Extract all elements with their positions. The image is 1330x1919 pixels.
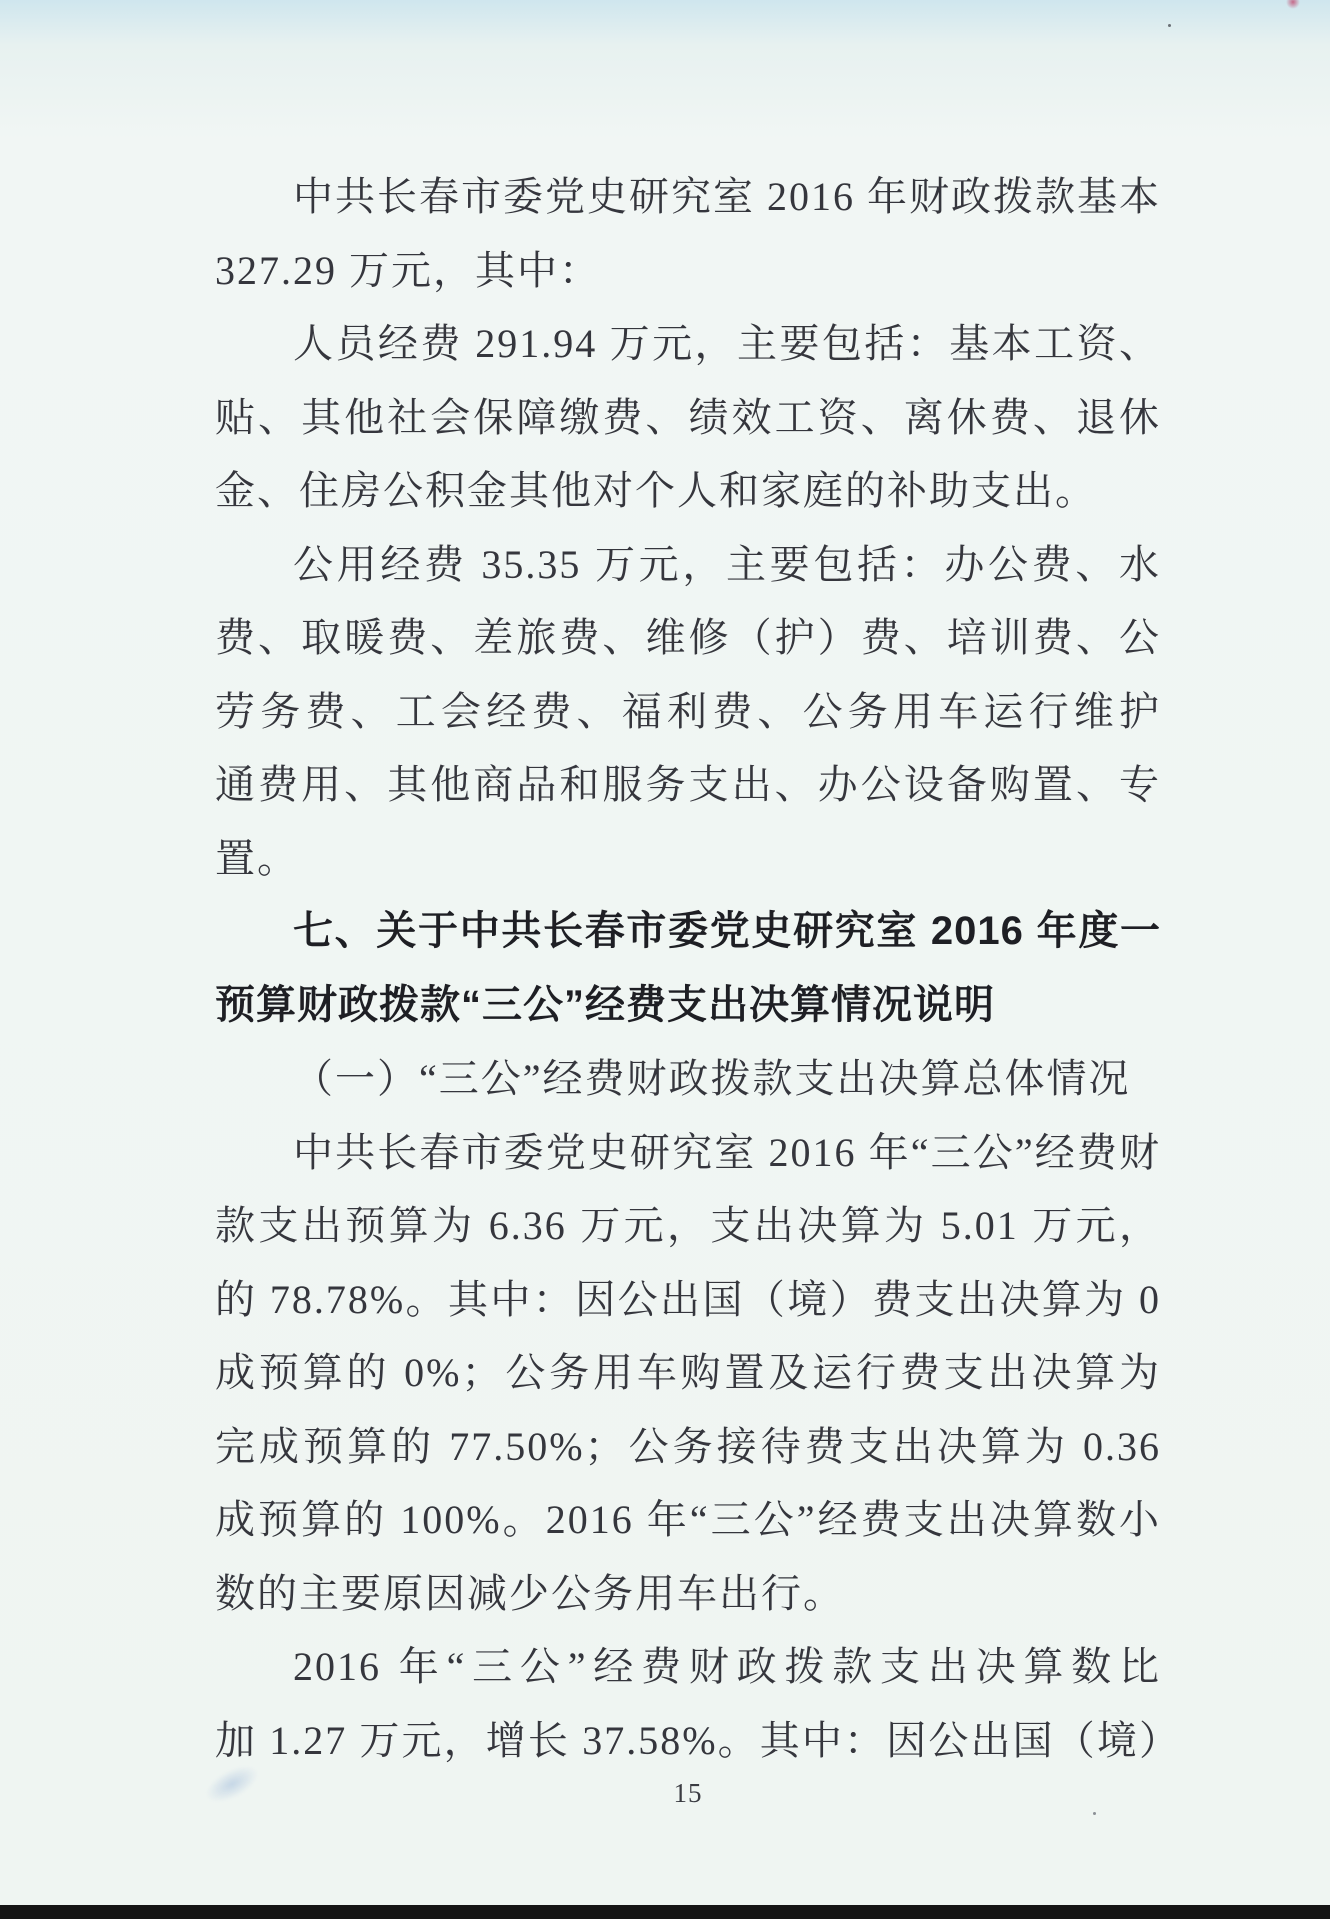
text-line: 327.29 万元，其中：	[215, 234, 1161, 308]
scan-speck-artifact	[1168, 24, 1171, 27]
text-line: 通费用、其他商品和服务支出、办公设备购置、专用设备购	[215, 748, 1161, 822]
text-line: 款支出预算为 6.36 万元，支出决算为 5.01 万元，完成预算	[215, 1189, 1161, 1263]
text-line: 的 78.78%。其中：因公出国（境）费支出决算为 0 万元，完	[215, 1263, 1161, 1337]
text-line: 加 1.27 万元，增长 37.58%。其中：因公出国（境）费支出	[215, 1704, 1161, 1778]
text-line: 置。	[215, 822, 1161, 896]
text-line: 成预算的 0%；公务用车购置及运行费支出决算为 4.65 万元，	[215, 1336, 1161, 1410]
document-text-block: 中共长春市委党史研究室 2016 年财政拨款基本支出 327.29 万元，其中：…	[215, 160, 1161, 1777]
scanned-document-page: { "page": { "number": "15" }, "colors": …	[0, 0, 1330, 1919]
section-heading-line: 七、关于中共长春市委党史研究室 2016 年度一般公共	[215, 895, 1161, 969]
text-line: 贴、其他社会保障缴费、绩效工资、离休费、退休费、奖励	[215, 381, 1161, 455]
text-line: 中共长春市委党史研究室 2016 年财政拨款基本支出	[215, 160, 1161, 234]
scan-speck-artifact	[1093, 1812, 1096, 1815]
page-number: 15	[215, 1778, 1161, 1809]
text-line: 2016 年“三公”经费财政拨款支出决算数比 2015 年增	[215, 1630, 1161, 1704]
text-line: 公用经费 35.35 万元，主要包括：办公费、水费、邮电	[215, 528, 1161, 602]
text-line: 成预算的 100%。2016 年“三公”经费支出决算数小于预算	[215, 1483, 1161, 1557]
text-line: 完成预算的 77.50%；公务接待费支出决算为 0.36 万元，完	[215, 1410, 1161, 1484]
text-line: 金、住房公积金其他对个人和家庭的补助支出。	[215, 454, 1161, 528]
scan-edge-bar	[0, 1905, 1330, 1919]
text-line: 劳务费、工会经费、福利费、公务用车运行维护费、其他交	[215, 675, 1161, 749]
text-line: 费、取暖费、差旅费、维修（护）费、培训费、公务接待费、	[215, 601, 1161, 675]
section-heading-line: 预算财政拨款“三公”经费支出决算情况说明	[215, 969, 1161, 1043]
text-line: 数的主要原因减少公务用车出行。	[215, 1557, 1161, 1631]
text-line: 中共长春市委党史研究室 2016 年“三公”经费财政拨	[215, 1116, 1161, 1190]
text-line: 人员经费 291.94 万元，主要包括：基本工资、津贴补	[215, 307, 1161, 381]
scan-red-mark-artifact	[1286, 0, 1300, 9]
subsection-heading-line: （一）“三公”经费财政拨款支出决算总体情况说明	[215, 1042, 1161, 1116]
